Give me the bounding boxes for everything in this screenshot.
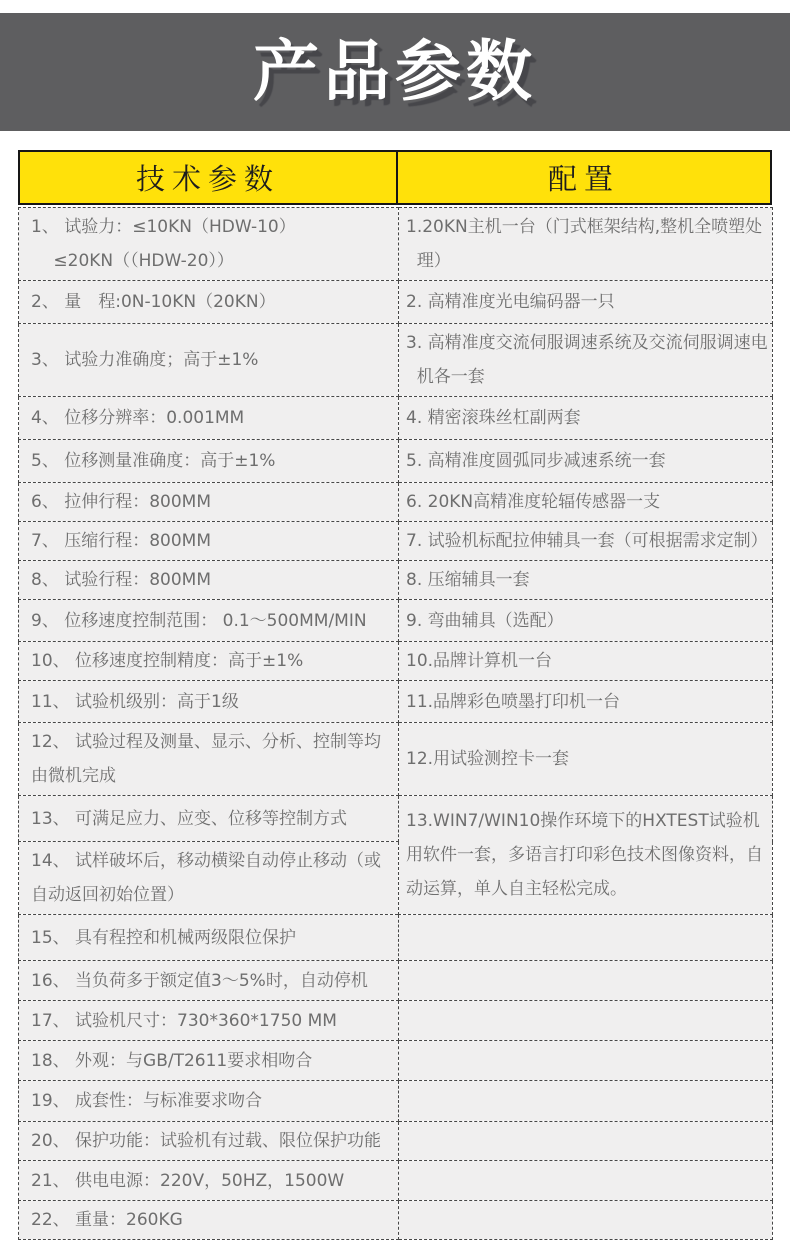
table-row-10: 10、 位移速度控制精度：高于±1%10.品牌计算机一台 [19,642,773,681]
config-cell-11: 11.品牌彩色喷墨打印机一台 [399,681,773,723]
table-row-18: 18、 外观：与GB/T2611要求相吻合 [19,1041,773,1081]
tech-param-cell-2: 2、 量 程:0N-10KN（20KN） [19,281,399,324]
config-cell-12: 12.用试验测控卡一套 [399,723,773,796]
tech-param-cell-11: 11、 试验机级别：高于1级 [19,681,399,723]
spec-line: 1.20KN主机一台（门式框架结构,整机全喷塑处 [406,210,768,244]
table-row-1: 1、 试验力：≤10KN（HDW-10） ≤20KN（（HDW-20））1.20… [19,208,773,281]
spec-table-header: 技术参数 配置 [18,150,772,205]
spec-line: 3、 试验力准确度；高于±1% [31,343,392,377]
tech-param-cell-5: 5、 位移测量准确度：高于±1% [19,440,399,483]
config-cell-8: 8. 压缩辅具一套 [399,561,773,600]
tech-param-cell-20: 20、 保护功能：试验机有过载、限位保护功能 [19,1122,399,1161]
config-cell-3: 3. 高精准度交流伺服调速系统及交流伺服调速电 机各一套 [399,324,773,397]
spec-table: 1、 试验力：≤10KN（HDW-10） ≤20KN（（HDW-20））1.20… [18,207,773,1240]
tech-param-cell-4: 4、 位移分辨率：0.001MM [19,397,399,440]
config-cell-21 [399,1161,773,1201]
spec-line: 用软件一套，多语言打印彩色技术图像资料，自 [406,838,768,872]
spec-line: 21、 供电电源：220V，50HZ，1500W [31,1164,392,1198]
spec-line: 12.用试验测控卡一套 [406,742,768,776]
spec-line: ≤20KN（（HDW-20）） [31,244,392,278]
spec-line: 9、 位移速度控制范围： 0.1～500MM/MIN [31,604,392,638]
spec-line: 机各一套 [406,360,768,394]
tech-param-cell-17: 17、 试验机尺寸：730*360*1750 MM [19,1001,399,1041]
spec-line: 9. 弯曲辅具（选配） [406,604,768,638]
config-cell-18 [399,1041,773,1081]
spec-line: 10、 位移速度控制精度：高于±1% [31,644,392,678]
spec-line: 19、 成套性：与标准要求吻合 [31,1084,392,1118]
tech-param-cell-14: 14、 试样破坏后，移动横梁自动停止移动（或自动返回初始位置） [19,842,399,915]
table-row-2: 2、 量 程:0N-10KN（20KN）2. 高精准度光电编码器一只 [19,281,773,324]
spec-line: 动运算，单人自主轻松完成。 [406,872,768,906]
spec-line: 13.WIN7/WIN10操作环境下的HXTEST试验机 [406,804,768,838]
table-row-3: 3、 试验力准确度；高于±1%3. 高精准度交流伺服调速系统及交流伺服调速电 机… [19,324,773,397]
config-cell-10: 10.品牌计算机一台 [399,642,773,681]
table-row-12: 12、 试验过程及测量、显示、分析、控制等均由微机完成12.用试验测控卡一套 [19,723,773,796]
config-cell-6: 6. 20KN高精准度轮辐传感器一支 [399,483,773,522]
page-title: 产品参数 [253,39,537,105]
spec-line: 16、 当负荷多于额定值3～5%时，自动停机 [31,964,392,998]
spec-line: 7、 压缩行程：800MM [31,524,392,558]
table-row-15: 15、 具有程控和机械两级限位保护 [19,915,773,961]
spec-line: 5、 位移测量准确度：高于±1% [31,444,392,478]
table-row-20: 20、 保护功能：试验机有过载、限位保护功能 [19,1122,773,1161]
spec-line: 5. 高精准度圆弧同步减速系统一套 [406,444,768,478]
config-cell-5: 5. 高精准度圆弧同步减速系统一套 [399,440,773,483]
config-cell-19 [399,1081,773,1122]
spec-line: 2、 量 程:0N-10KN（20KN） [31,285,392,319]
spec-line: 自动返回初始位置） [31,878,392,912]
header-cell-config: 配置 [398,150,772,205]
config-cell-17 [399,1001,773,1041]
tech-param-cell-18: 18、 外观：与GB/T2611要求相吻合 [19,1041,399,1081]
tech-param-cell-21: 21、 供电电源：220V，50HZ，1500W [19,1161,399,1201]
config-cell-15 [399,915,773,961]
tech-param-cell-16: 16、 当负荷多于额定值3～5%时，自动停机 [19,961,399,1001]
table-row-13: 13、 可满足应力、应变、位移等控制方式13.WIN7/WIN10操作环境下的H… [19,796,773,842]
config-cell-13: 13.WIN7/WIN10操作环境下的HXTEST试验机用软件一套，多语言打印彩… [399,796,773,915]
tech-param-cell-3: 3、 试验力准确度；高于±1% [19,324,399,397]
table-row-8: 8、 试验行程：800MM8. 压缩辅具一套 [19,561,773,600]
table-row-17: 17、 试验机尺寸：730*360*1750 MM [19,1001,773,1041]
spec-sheet: 技术参数 配置 1、 试验力：≤10KN（HDW-10） ≤20KN（（HDW-… [18,150,772,1240]
table-row-9: 9、 位移速度控制范围： 0.1～500MM/MIN9. 弯曲辅具（选配） [19,600,773,642]
table-row-6: 6、 拉伸行程：800MM6. 20KN高精准度轮辐传感器一支 [19,483,773,522]
spec-line: 20、 保护功能：试验机有过载、限位保护功能 [31,1124,392,1158]
tech-param-cell-10: 10、 位移速度控制精度：高于±1% [19,642,399,681]
spec-line: 8. 压缩辅具一套 [406,563,768,597]
config-cell-2: 2. 高精准度光电编码器一只 [399,281,773,324]
spec-line: 8、 试验行程：800MM [31,563,392,597]
spec-line: 11.品牌彩色喷墨打印机一台 [406,685,768,719]
spec-line: 15、 具有程控和机械两级限位保护 [31,921,392,955]
tech-param-cell-15: 15、 具有程控和机械两级限位保护 [19,915,399,961]
config-cell-16 [399,961,773,1001]
header-cell-tech-params: 技术参数 [18,150,398,205]
spec-line: 1、 试验力：≤10KN（HDW-10） [31,210,392,244]
spec-line: 11、 试验机级别：高于1级 [31,685,392,719]
spec-line: 22、 重量：260KG [31,1203,392,1237]
tech-param-cell-8: 8、 试验行程：800MM [19,561,399,600]
spec-line: 14、 试样破坏后，移动横梁自动停止移动（或 [31,844,392,878]
spec-line: 12、 试验过程及测量、显示、分析、控制等均 [31,725,392,759]
table-row-7: 7、 压缩行程：800MM7. 试验机标配拉伸辅具一套（可根据需求定制） [19,522,773,561]
table-row-19: 19、 成套性：与标准要求吻合 [19,1081,773,1122]
table-row-11: 11、 试验机级别：高于1级11.品牌彩色喷墨打印机一台 [19,681,773,723]
tech-param-cell-1: 1、 试验力：≤10KN（HDW-10） ≤20KN（（HDW-20）） [19,208,399,281]
spec-line: 18、 外观：与GB/T2611要求相吻合 [31,1044,392,1078]
tech-param-cell-9: 9、 位移速度控制范围： 0.1～500MM/MIN [19,600,399,642]
spec-line: 6、 拉伸行程：800MM [31,485,392,519]
spec-line: 理） [406,244,768,278]
table-row-5: 5、 位移测量准确度：高于±1%5. 高精准度圆弧同步减速系统一套 [19,440,773,483]
spec-line: 3. 高精准度交流伺服调速系统及交流伺服调速电 [406,326,768,360]
spec-line: 13、 可满足应力、应变、位移等控制方式 [31,802,392,836]
tech-param-cell-19: 19、 成套性：与标准要求吻合 [19,1081,399,1122]
spec-line: 2. 高精准度光电编码器一只 [406,285,768,319]
spec-line: 6. 20KN高精准度轮辐传感器一支 [406,485,768,519]
config-cell-9: 9. 弯曲辅具（选配） [399,600,773,642]
tech-param-cell-12: 12、 试验过程及测量、显示、分析、控制等均由微机完成 [19,723,399,796]
spec-line: 10.品牌计算机一台 [406,644,768,678]
tech-param-cell-13: 13、 可满足应力、应变、位移等控制方式 [19,796,399,842]
spec-table-body: 1、 试验力：≤10KN（HDW-10） ≤20KN（（HDW-20））1.20… [19,208,773,1240]
config-cell-4: 4. 精密滚珠丝杠副两套 [399,397,773,440]
table-row-21: 21、 供电电源：220V，50HZ，1500W [19,1161,773,1201]
table-row-16: 16、 当负荷多于额定值3～5%时，自动停机 [19,961,773,1001]
spec-line: 由微机完成 [31,759,392,793]
product-params-banner: 产品参数 [0,13,790,131]
spec-line: 4、 位移分辨率：0.001MM [31,401,392,435]
config-cell-20 [399,1122,773,1161]
spec-line: 4. 精密滚珠丝杠副两套 [406,401,768,435]
tech-param-cell-6: 6、 拉伸行程：800MM [19,483,399,522]
table-row-4: 4、 位移分辨率：0.001MM4. 精密滚珠丝杠副两套 [19,397,773,440]
config-cell-1: 1.20KN主机一台（门式框架结构,整机全喷塑处 理） [399,208,773,281]
spec-line: 7. 试验机标配拉伸辅具一套（可根据需求定制） [406,524,768,558]
spec-line: 17、 试验机尺寸：730*360*1750 MM [31,1004,392,1038]
tech-param-cell-7: 7、 压缩行程：800MM [19,522,399,561]
config-cell-7: 7. 试验机标配拉伸辅具一套（可根据需求定制） [399,522,773,561]
